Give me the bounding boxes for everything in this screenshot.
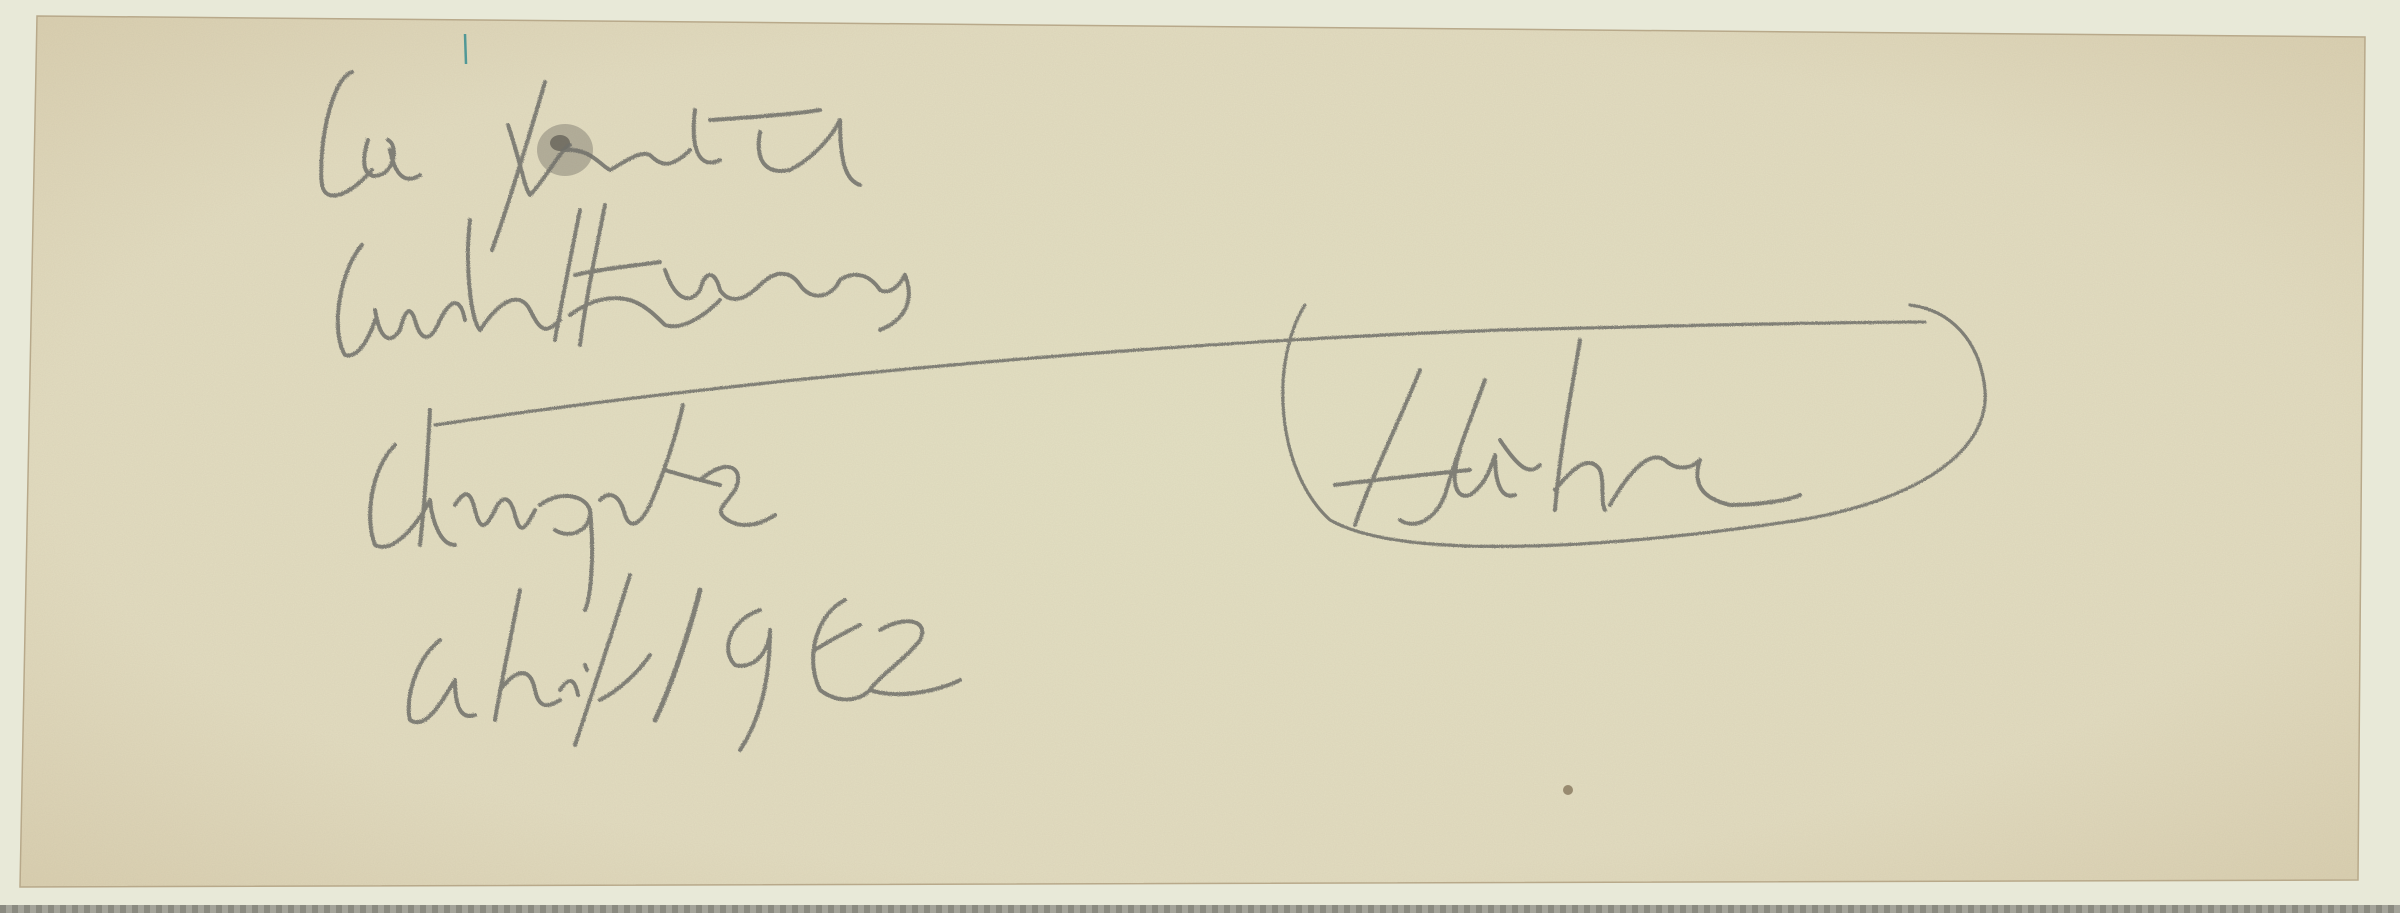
- ink-mark: [465, 34, 466, 64]
- paper-stain: [1563, 785, 1573, 795]
- scanner-edge-strip: [0, 905, 2400, 913]
- scanned-document: Casa forestal Cumbres Mayores Almonte (H…: [0, 0, 2400, 913]
- paper-slip: [0, 0, 2400, 913]
